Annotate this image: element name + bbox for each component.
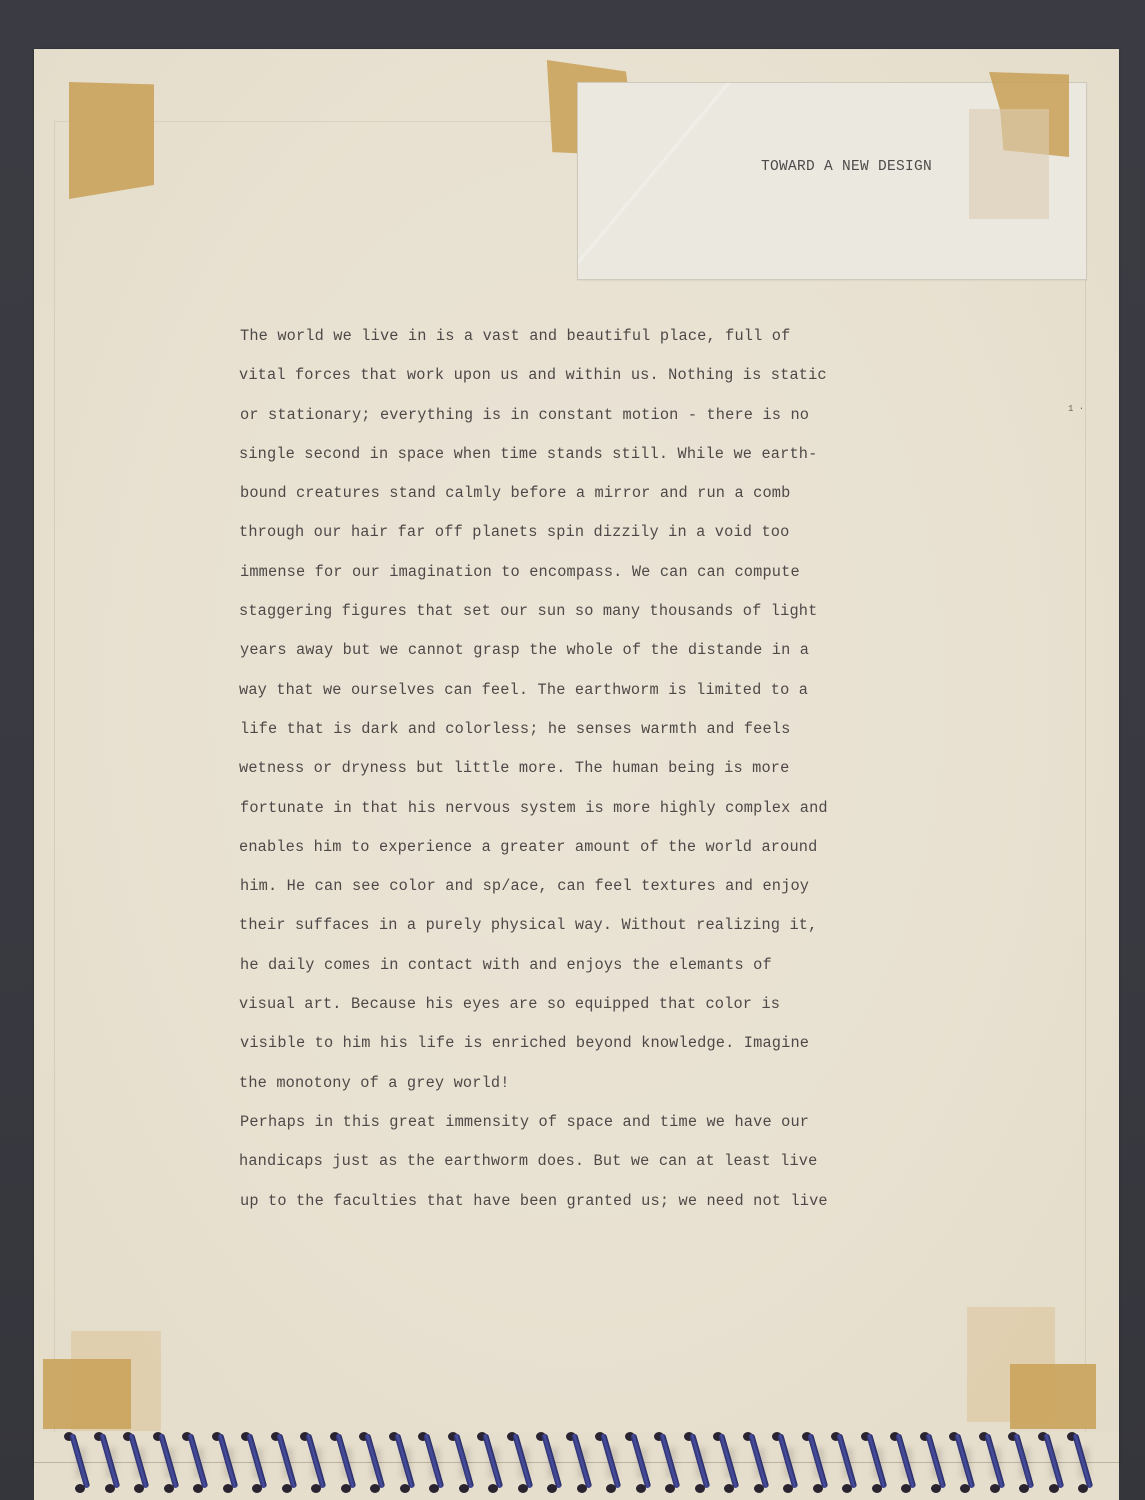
text-line: wetness or dryness but little more. The … [239, 749, 899, 788]
spiral-coil [414, 1432, 444, 1500]
spiral-coil [916, 1432, 946, 1500]
spiral-coil [503, 1432, 533, 1500]
spiral-coil [444, 1432, 474, 1500]
spiral-coil [237, 1432, 267, 1500]
text-line: immense for our imagination to encompass… [240, 553, 900, 592]
spiral-coil [975, 1432, 1005, 1500]
spiral-coil [857, 1432, 887, 1500]
spiral-coil [709, 1432, 739, 1500]
spiral-coil [473, 1432, 503, 1500]
tape-top-left [69, 82, 154, 199]
text-line: vital forces that work upon us and withi… [239, 356, 899, 395]
tape-bottom-left [43, 1359, 131, 1429]
spiral-coil [650, 1432, 680, 1500]
text-line: Perhaps in this great immensity of space… [240, 1103, 900, 1142]
text-line: years away but we cannot grasp the whole… [240, 631, 900, 670]
text-line: or stationary; everything is in constant… [240, 396, 900, 435]
text-line: handicaps just as the earthworm does. Bu… [239, 1142, 899, 1181]
margin-pencil-mark: 1 · [1068, 404, 1084, 414]
spiral-coil [739, 1432, 769, 1500]
text-line: fortunate in that his nervous system is … [240, 789, 900, 828]
spiral-coil [267, 1432, 297, 1500]
text-line: visual art. Because his eyes are so equi… [239, 985, 899, 1024]
text-line: their suffaces in a purely physical way.… [239, 906, 899, 945]
text-line: through our hair far off planets spin di… [239, 513, 899, 552]
text-line: enables him to experience a greater amou… [239, 828, 899, 867]
spiral-coil [326, 1432, 356, 1500]
spiral-coil [768, 1432, 798, 1500]
spiral-coil [1063, 1432, 1093, 1500]
tape-bottom-right [1010, 1364, 1096, 1429]
text-line: staggering figures that set our sun so m… [239, 592, 899, 631]
spiral-coil [532, 1432, 562, 1500]
text-line: visible to him his life is enriched beyo… [240, 1024, 900, 1063]
paragraph-1: The world we live in is a vast and beaut… [239, 317, 899, 1103]
text-line: The world we live in is a vast and beaut… [240, 317, 900, 356]
notebook-page: TOWARD A NEW DESIGN 1 · The world we liv… [34, 49, 1119, 1469]
text-line: single second in space when time stands … [239, 435, 899, 474]
text-line: he daily comes in contact with and enjoy… [240, 946, 900, 985]
spiral-coil [355, 1432, 385, 1500]
spiral-binding [60, 1432, 1100, 1500]
text-line: way that we ourselves can feel. The eart… [239, 671, 899, 710]
text-line: him. He can see color and sp/ace, can fe… [240, 867, 900, 906]
spiral-coil [119, 1432, 149, 1500]
spiral-coil [178, 1432, 208, 1500]
spiral-coil [798, 1432, 828, 1500]
text-line: bound creatures stand calmly before a mi… [240, 474, 900, 513]
spiral-coil [945, 1432, 975, 1500]
paragraph-2: Perhaps in this great immensity of space… [239, 1103, 899, 1221]
tape-top-right-residue [969, 109, 1049, 219]
spiral-coil [90, 1432, 120, 1500]
spiral-coil [562, 1432, 592, 1500]
spiral-coil [296, 1432, 326, 1500]
typed-body-text: The world we live in is a vast and beaut… [239, 317, 899, 1221]
document-title: TOWARD A NEW DESIGN [761, 159, 932, 175]
spiral-coil [60, 1432, 90, 1500]
text-line: life that is dark and colorless; he sens… [240, 710, 900, 749]
spiral-coil [385, 1432, 415, 1500]
spiral-coil [621, 1432, 651, 1500]
text-line: the monotony of a grey world! [239, 1064, 899, 1103]
spiral-coil [208, 1432, 238, 1500]
spiral-coil [680, 1432, 710, 1500]
spiral-coil [591, 1432, 621, 1500]
spiral-coil [1034, 1432, 1064, 1500]
spiral-coil [149, 1432, 179, 1500]
spiral-coil [827, 1432, 857, 1500]
spiral-coil [886, 1432, 916, 1500]
spiral-coil [1004, 1432, 1034, 1500]
text-line: up to the faculties that have been grant… [240, 1182, 900, 1221]
